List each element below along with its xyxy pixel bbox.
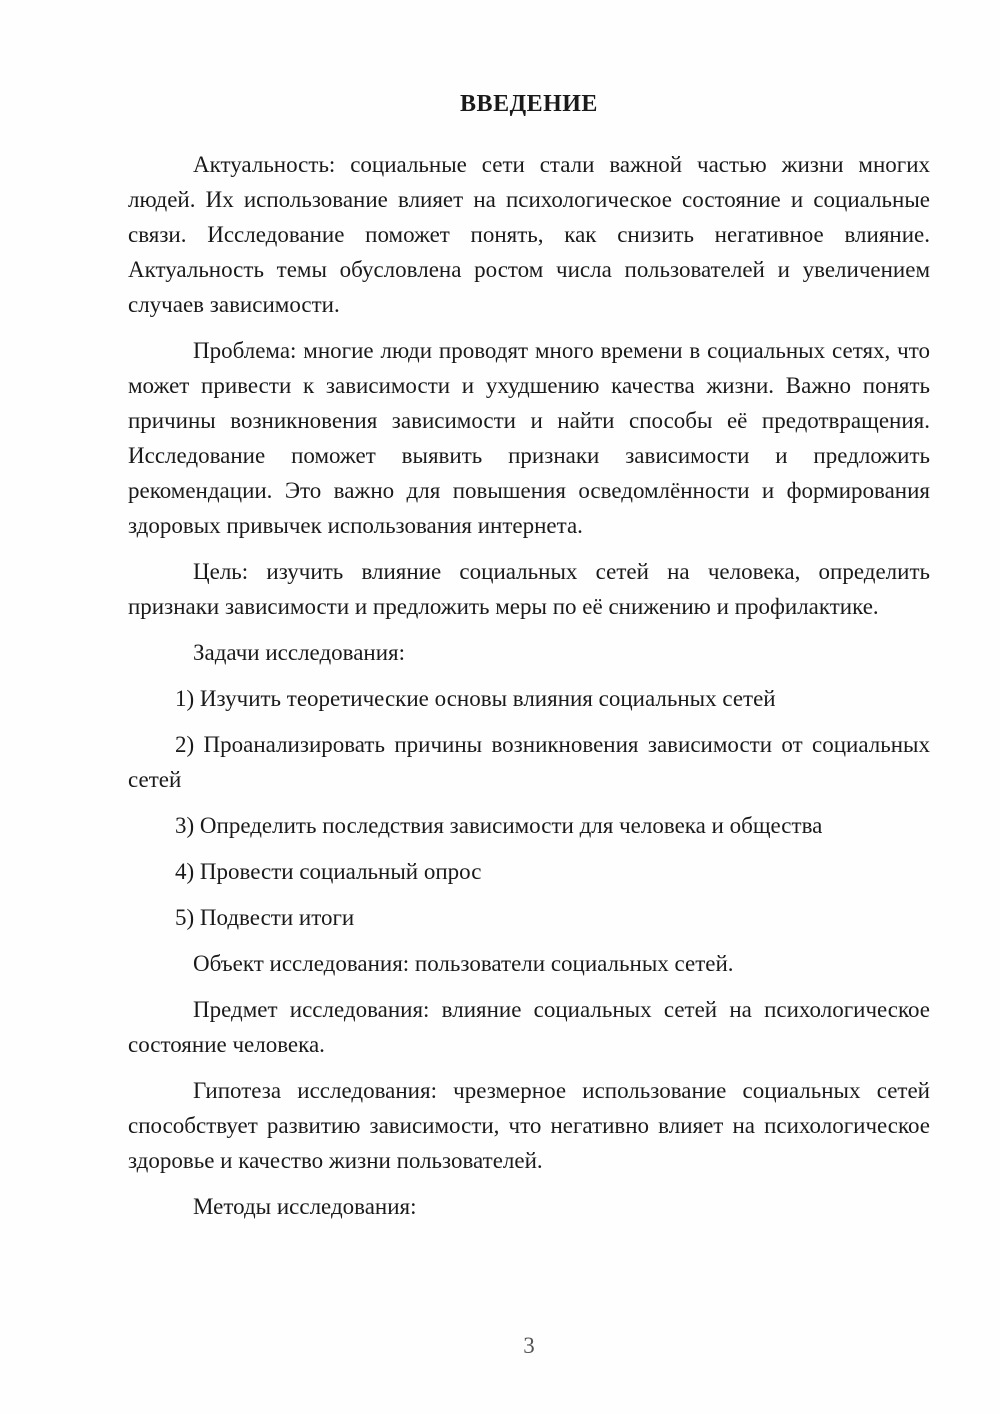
paragraph-aktualnost: Актуальность: социальные сети стали важн… [128, 147, 930, 322]
section-title: ВВЕДЕНИЕ [128, 87, 930, 122]
task-list: 1) Изучить теоретические основы влияния … [128, 681, 930, 935]
heading-zadachi: Задачи исследования: [128, 635, 930, 670]
paragraph-predmet: Предмет исследования: влияние социальных… [128, 992, 930, 1062]
heading-metody: Методы исследования: [128, 1189, 930, 1224]
paragraph-obekt: Объект исследования: пользователи социал… [128, 946, 930, 981]
task-item-1: 1) Изучить теоретические основы влияния … [128, 681, 930, 716]
paragraph-problema: Проблема: многие люди проводят много вре… [128, 333, 930, 543]
page-content: ВВЕДЕНИЕ Актуальность: социальные сети с… [128, 87, 930, 1235]
task-item-3: 3) Определить последствия зависимости дл… [128, 808, 930, 843]
paragraph-gipoteza: Гипотеза исследования: чрезмерное исполь… [128, 1073, 930, 1178]
document-page: ВВЕДЕНИЕ Актуальность: социальные сети с… [0, 0, 1000, 1414]
task-item-4: 4) Провести социальный опрос [128, 854, 930, 889]
paragraph-tsel: Цель: изучить влияние социальных сетей н… [128, 554, 930, 624]
page-number: 3 [128, 1328, 930, 1363]
task-item-5: 5) Подвести итоги [128, 900, 930, 935]
task-item-2: 2) Проанализировать причины возникновени… [128, 727, 930, 797]
